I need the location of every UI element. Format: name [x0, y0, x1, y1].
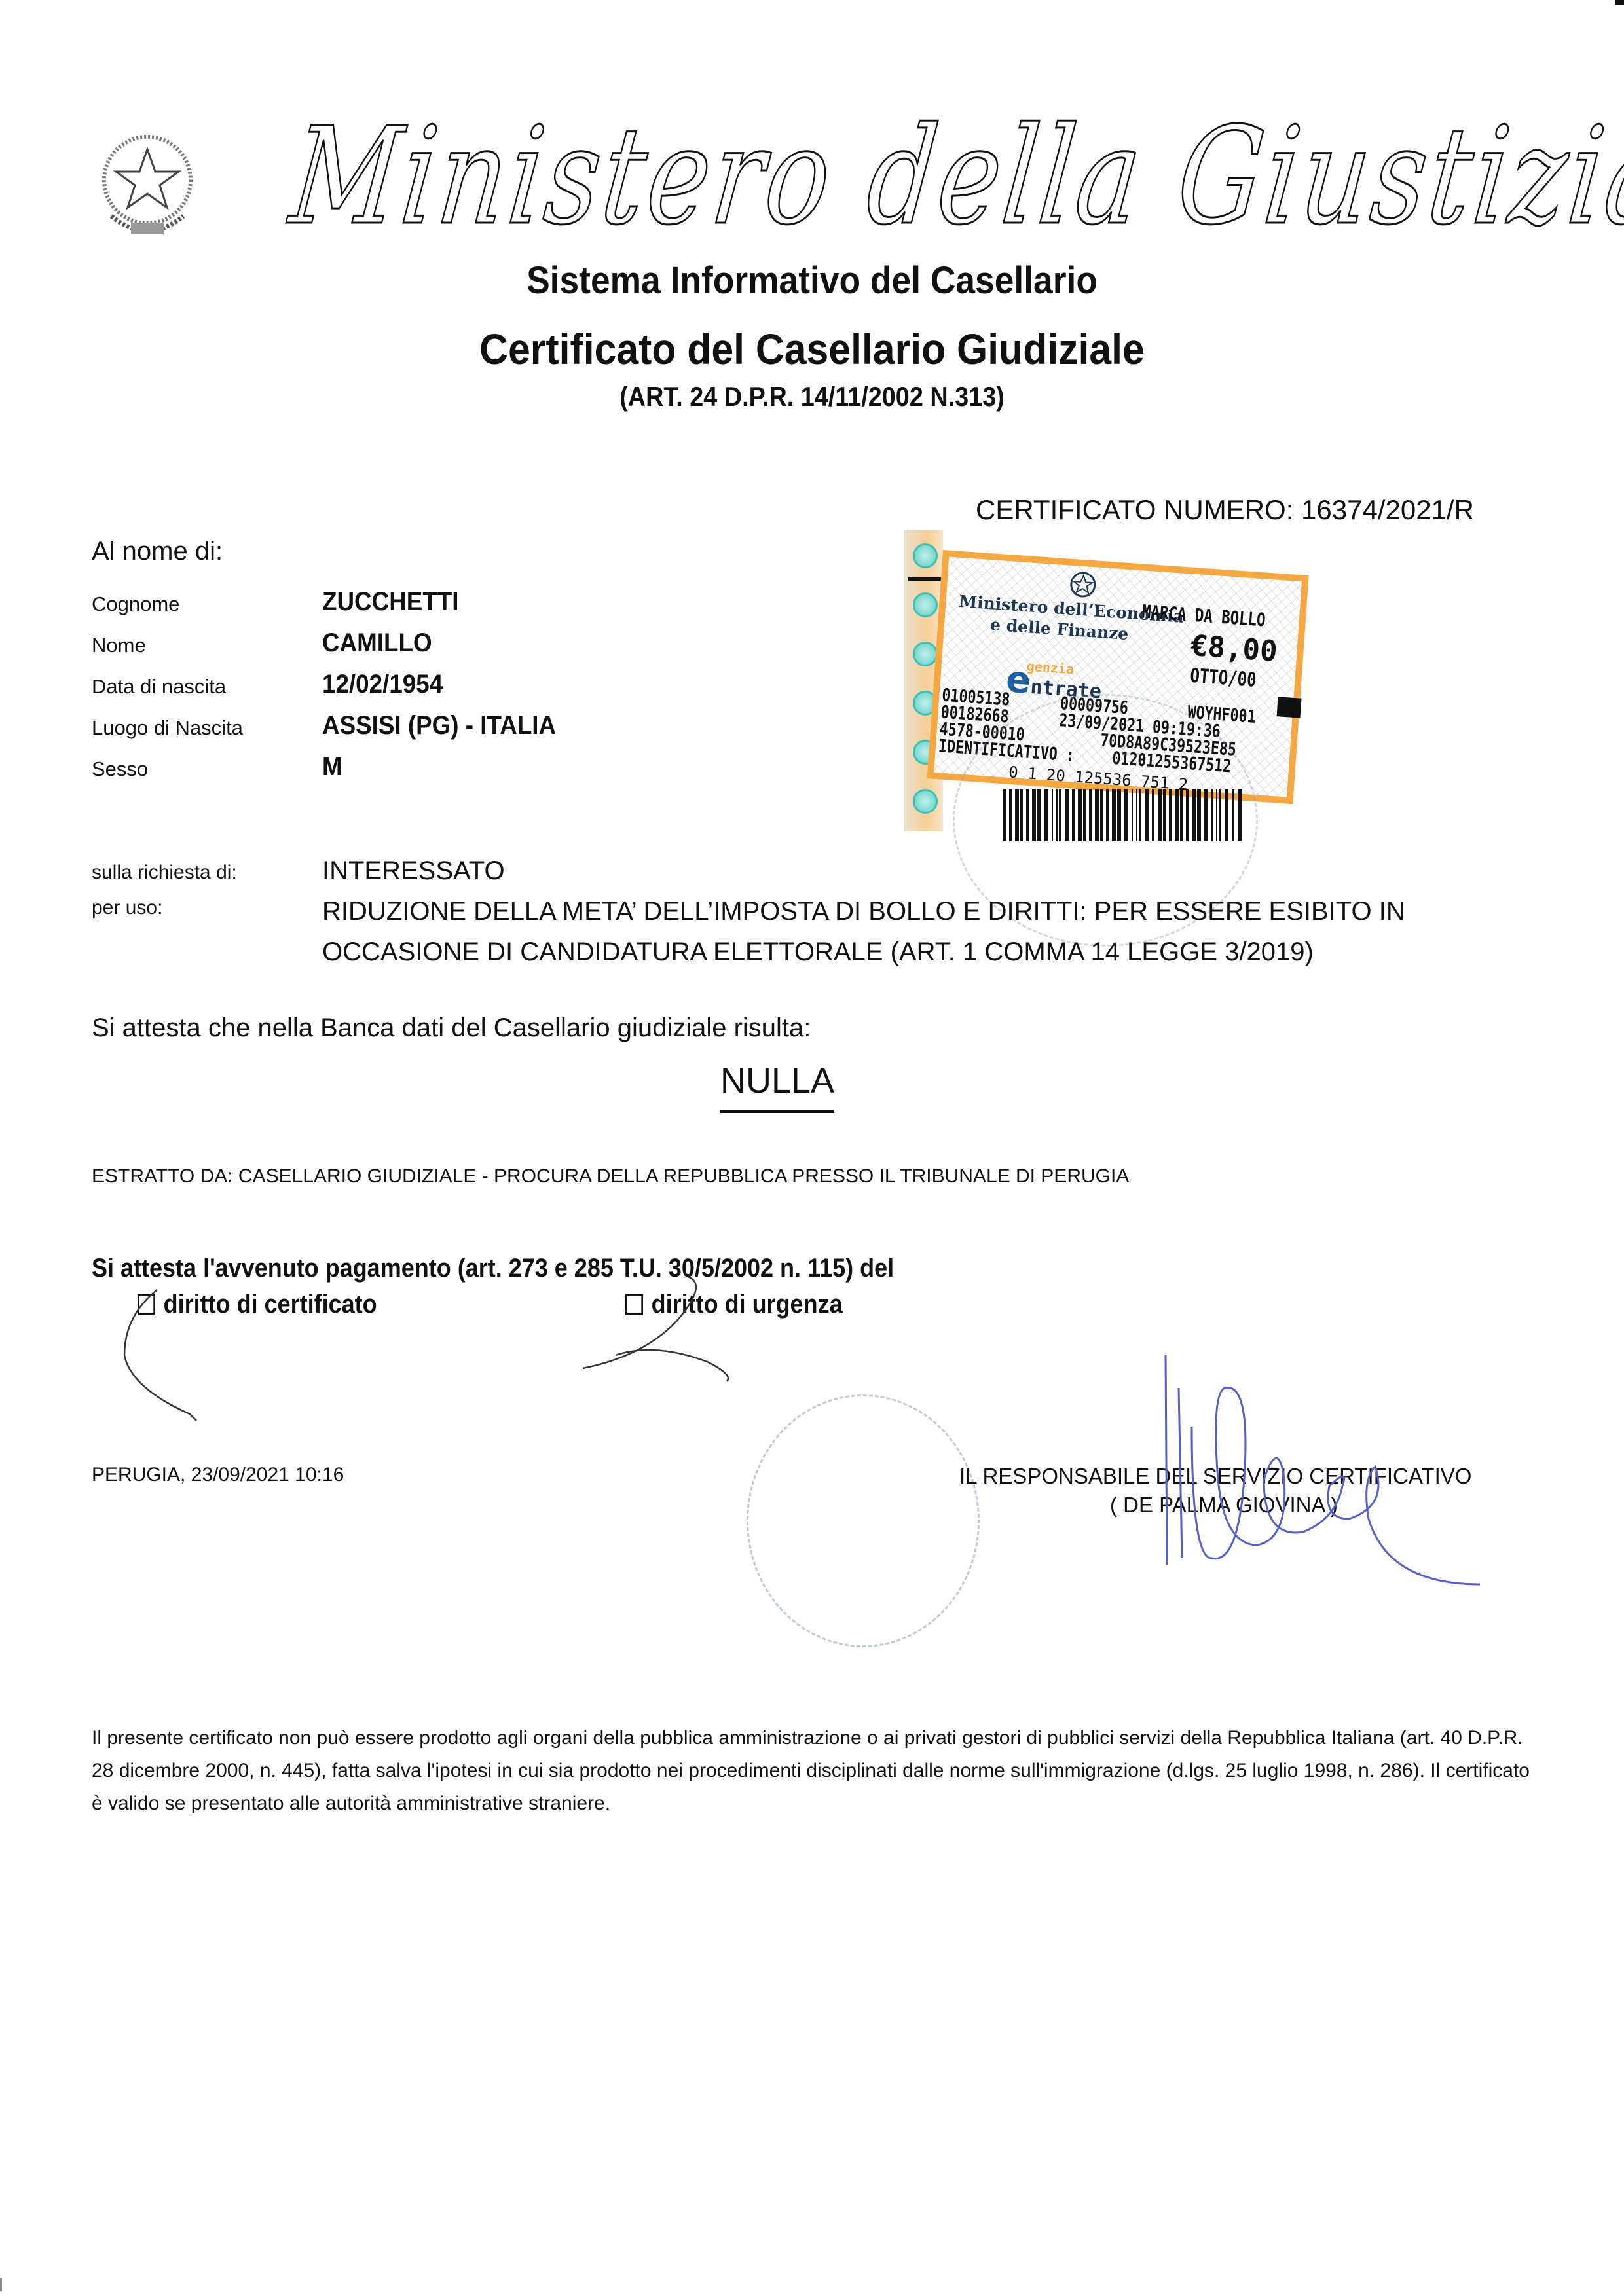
rosette-icon — [913, 592, 938, 617]
scan-mark — [1615, 0, 1624, 5]
certificate-title: Certificato del Casellario Giudiziale — [65, 324, 1559, 374]
stamp-amount-words: OTTO/00 — [1189, 665, 1257, 692]
name-section-heading: Al nome di: — [92, 537, 223, 566]
first-name-label: Nome — [92, 634, 146, 657]
stamp-amount: €8,00 — [1189, 629, 1278, 668]
requester-value: INTERESSATO — [322, 856, 505, 886]
first-name-value: CAMILLO — [322, 629, 432, 658]
emblem-icon — [1067, 570, 1098, 600]
use-line2: OCCASIONE DI CANDIDATURA ELETTORALE (ART… — [322, 938, 1314, 967]
italian-republic-emblem-icon — [92, 124, 203, 249]
pen-scribble — [576, 1264, 740, 1394]
handwritten-signature — [1153, 1349, 1493, 1597]
rosette-icon — [913, 543, 938, 568]
use-line1: RIDUZIONE DELLA META’ DELL’IMPOSTA DI BO… — [322, 897, 1405, 926]
surname-label: Cognome — [92, 592, 179, 616]
pen-scribble — [111, 1277, 242, 1427]
ministry-title: Ministero della Giustizia — [282, 98, 1179, 268]
system-title: Sistema Informativo del Casellario — [65, 259, 1559, 302]
stamp-type: MARCA DA BOLLO — [1141, 600, 1266, 630]
birth-date-value: 12/02/1954 — [322, 670, 443, 699]
certificate-number: CERTIFICATO NUMERO: 16374/2021/R — [976, 494, 1474, 526]
birth-place-label: Luogo di Nascita — [92, 716, 243, 740]
rosette-icon — [913, 642, 938, 666]
birth-date-label: Data di nascita — [92, 675, 226, 699]
legal-footer-note: Il presente certificato non può essere p… — [92, 1722, 1532, 1820]
stamp-registration-mark — [1277, 697, 1302, 718]
birth-place-value: ASSISI (PG) - ITALIA — [322, 711, 556, 740]
record-result: NULLA — [720, 1061, 834, 1113]
attestation-text: Si attesta che nella Banca dati del Case… — [92, 1013, 811, 1043]
requester-label: sulla richiesta di: — [92, 862, 237, 884]
scan-mark — [0, 2278, 2, 2291]
law-reference: (ART. 24 D.P.R. 14/11/2002 N.313) — [81, 381, 1543, 412]
place-and-date: PERUGIA, 23/09/2021 10:16 — [92, 1464, 344, 1486]
use-label: per uso: — [92, 897, 162, 919]
sex-label: Sesso — [92, 757, 148, 781]
surname-value: ZUCCHETTI — [322, 587, 459, 617]
rosette-icon — [913, 789, 938, 814]
sex-value: M — [322, 752, 342, 782]
official-seal — [747, 1394, 980, 1647]
extract-source: ESTRATTO DA: CASELLARIO GIUDIZIALE - PRO… — [92, 1165, 1129, 1188]
